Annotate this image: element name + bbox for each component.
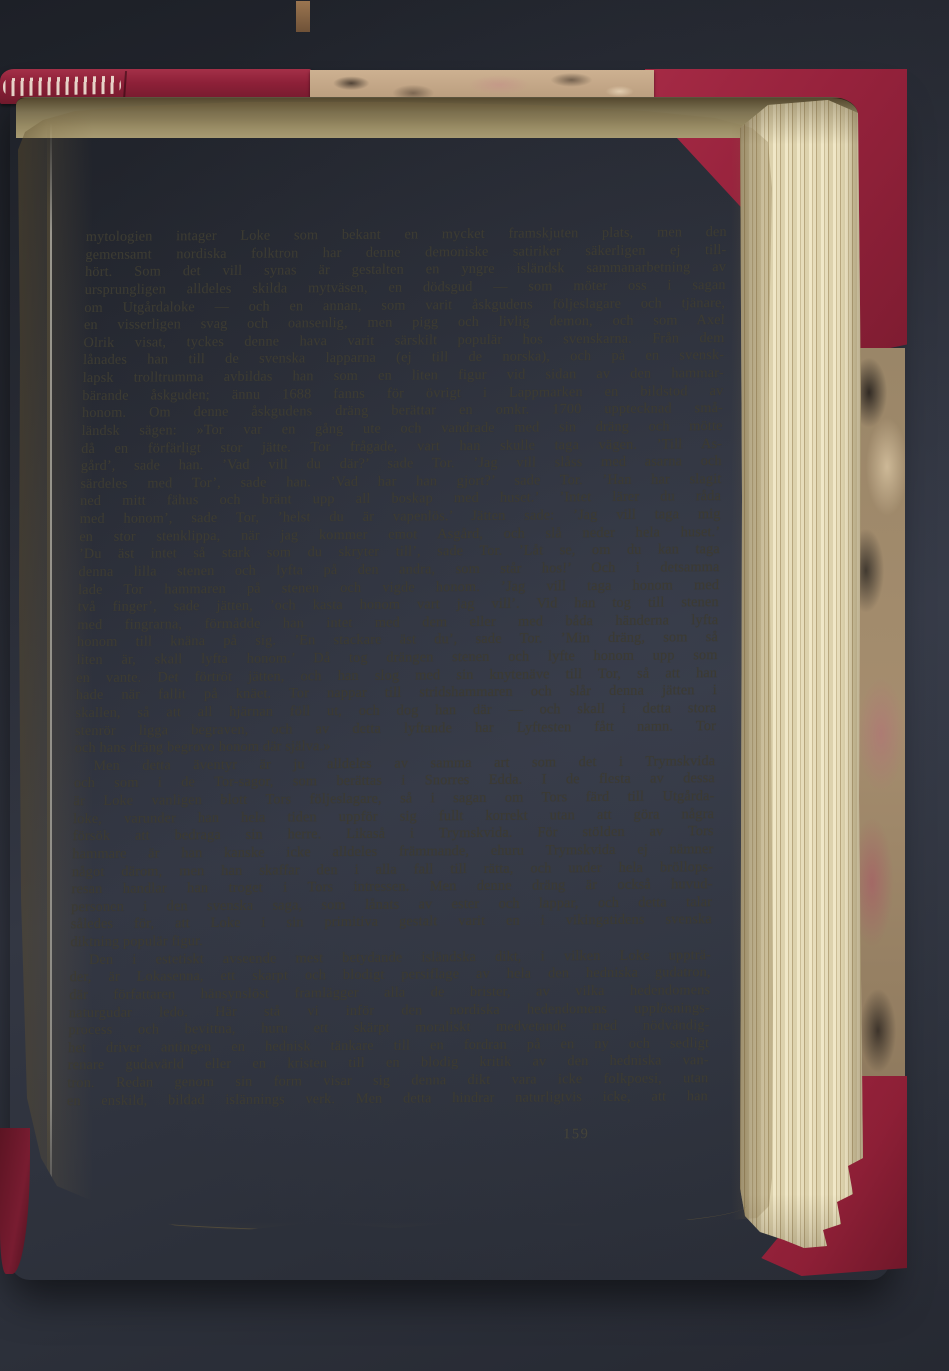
cover-spine-bottom-sliver [0,1128,30,1274]
page-body-text: mytologien intager Loke som bekant en my… [67,224,727,1110]
page-bottom-shadow [15,1222,777,1266]
paragraph-container: mytologien intager Loke som bekant en my… [67,224,727,1110]
underlying-page-edge-line [55,1205,747,1232]
page-number: 159 [563,1126,590,1144]
headband-stitching [3,76,121,96]
cover-worn-notch [296,1,310,32]
page-right-shadow [731,98,777,1266]
page-crease-highlight [50,122,52,1230]
book-photo-scene: mytologien intager Loke som bekant en my… [0,0,949,1371]
